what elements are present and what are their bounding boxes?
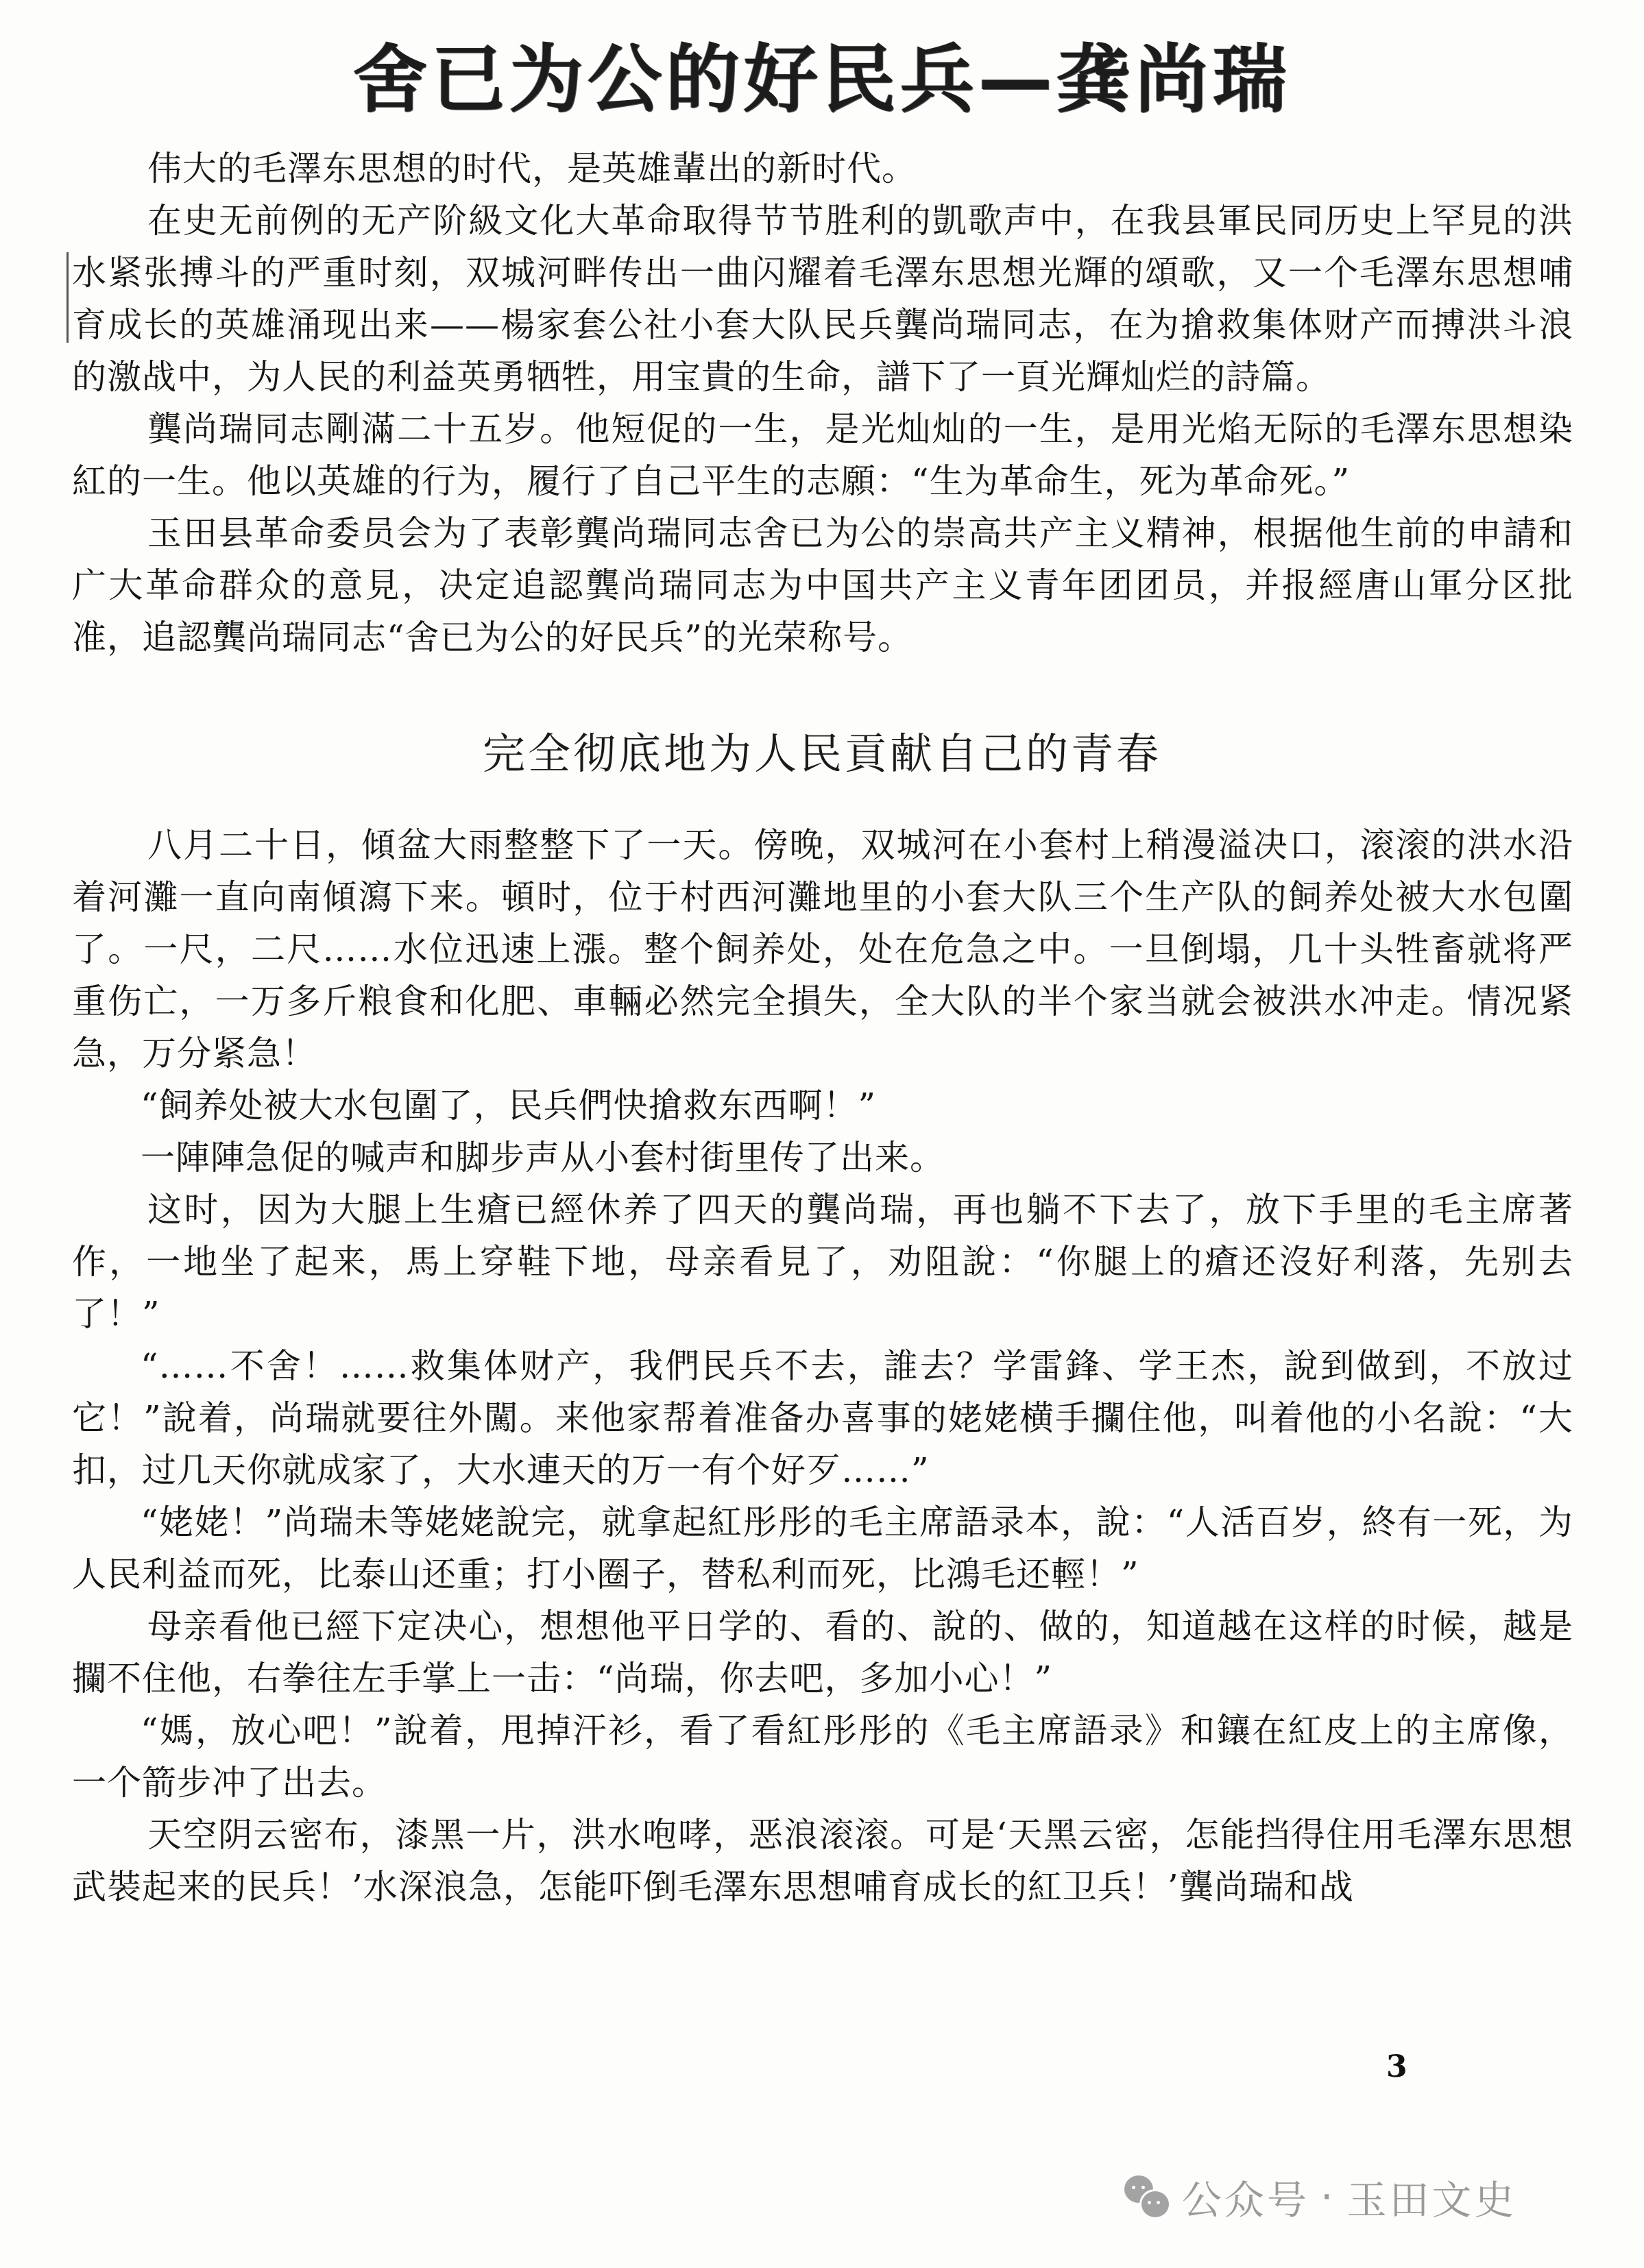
document-title: 舍已为公的好民兵—龚尚瑞	[0, 36, 1644, 125]
margin-rule	[67, 252, 69, 343]
watermark-label: 公众号	[1182, 2168, 1309, 2226]
intro-paragraph-4: 玉田县革命委员会为了表彰龔尚瑞同志舍已为公的崇高共产主义精神，根据他生前的申請和…	[72, 507, 1573, 663]
intro-paragraph-1: 伟大的毛澤东思想的时代，是英雄輩出的新时代。	[72, 143, 1573, 195]
intro-paragraph-2: 在史无前例的无产阶級文化大革命取得节节胜利的凱歌声中，在我县軍民同历史上罕見的洪…	[72, 195, 1573, 403]
narrative-paragraph-7: 母亲看他已經下定决心，想想他平日学的、看的、說的、做的，知道越在这样的时候，越是…	[72, 1600, 1573, 1705]
narrative-paragraph-1: 八月二十日，傾盆大雨整整下了一天。傍晚，双城河在小套村上稍漫溢决口，滚滚的洪水沿…	[72, 819, 1573, 1080]
narrative-paragraph-5: “……不舍！……救集体财产，我們民兵不去，誰去？学雷鋒、学王杰，說到做到，不放过…	[72, 1340, 1573, 1496]
narrative-paragraph-9: 天空阴云密布，漆黑一片，洪水咆哮，恶浪滚滚。可是‘天黑云密，怎能挡得住用毛澤东思…	[72, 1809, 1573, 1913]
watermark-separator: ·	[1320, 2173, 1335, 2220]
narrative-paragraph-8: “媽，放心吧！”說着，甩掉汗衫，看了看紅彤彤的《毛主席語录》和鑲在紅皮上的主席像…	[72, 1705, 1573, 1809]
watermark-account: 玉田文史	[1346, 2168, 1516, 2226]
narrative-paragraph-3: 一陣陣急促的喊声和脚步声从小套村街里传了出来。	[72, 1132, 1573, 1184]
wechat-icon	[1124, 2175, 1167, 2218]
wechat-watermark: 公众号 · 玉田文史	[1124, 2166, 1516, 2228]
intro-section: 伟大的毛澤东思想的时代，是英雄輩出的新时代。 在史无前例的无产阶級文化大革命取得…	[72, 143, 1573, 663]
page-number: 3	[1386, 2049, 1407, 2084]
narrative-paragraph-2: “飼养处被大水包圍了，民兵們快搶救东西啊！”	[72, 1080, 1573, 1132]
narrative-paragraph-4: 这时，因为大腿上生瘡已經休养了四天的龔尚瑞，再也躺不下去了，放下手里的毛主席著作…	[72, 1184, 1573, 1340]
narrative-section: 八月二十日，傾盆大雨整整下了一天。傍晚，双城河在小套村上稍漫溢决口，滚滚的洪水沿…	[72, 819, 1573, 1913]
narrative-paragraph-6: “姥姥！”尚瑞未等姥姥說完，就拿起紅彤彤的毛主席語录本，說：“人活百岁，終有一死…	[72, 1496, 1573, 1600]
intro-paragraph-3: 龔尚瑞同志剛滿二十五岁。他短促的一生，是光灿灿的一生，是用光焰无际的毛澤东思想染…	[72, 403, 1573, 507]
section-subheading: 完全彻底地为人民貢献自己的青春	[0, 727, 1644, 781]
